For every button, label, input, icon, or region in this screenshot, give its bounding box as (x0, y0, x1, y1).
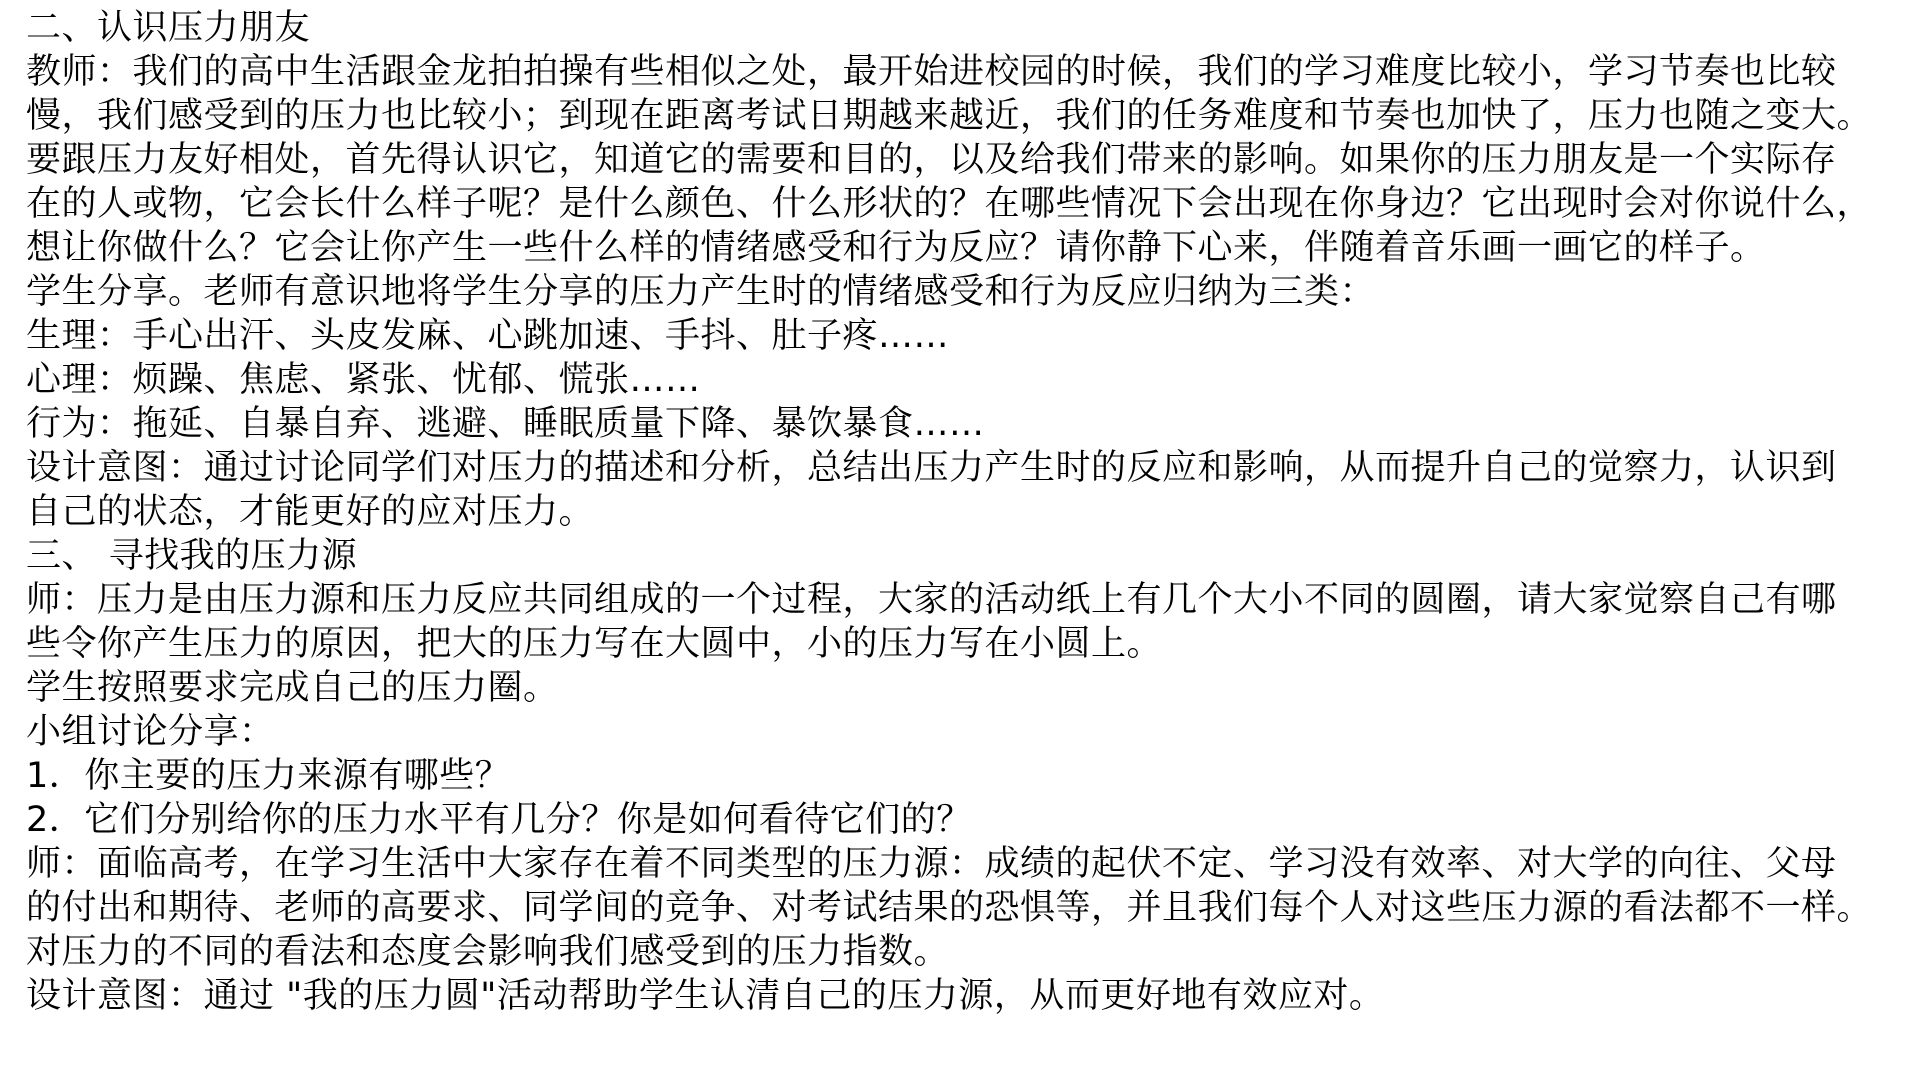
text-line: 师：面临高考，在学习生活中大家存在着不同类型的压力源：成绩的起伏不定、学习没有效… (26, 842, 1902, 886)
text-line: 在的人或物，它会长什么样子呢？是什么颜色、什么形状的？在哪些情况下会出现在你身边… (26, 182, 1902, 226)
text-line-behavioral: 行为：拖延、自暴自弃、逃避、睡眠质量下降、暴饮暴食…… (26, 402, 1902, 446)
text-line: 的付出和期待、老师的高要求、同学间的竞争、对考试结果的恐惧等，并且我们每个人对这… (26, 886, 1902, 930)
section-heading: 二、认识压力朋友 (26, 6, 1902, 50)
document-page: 二、认识压力朋友 教师：我们的高中生活跟金龙拍拍操有些相似之处，最开始进校园的时… (0, 0, 1920, 1080)
text-line: 自己的状态，才能更好的应对压力。 (26, 490, 1902, 534)
text-line: 小组讨论分享： (26, 710, 1902, 754)
text-line: 些令你产生压力的原因，把大的压力写在大圆中，小的压力写在小圆上。 (26, 622, 1902, 666)
text-line: 设计意图：通过讨论同学们对压力的描述和分析，总结出压力产生时的反应和影响，从而提… (26, 446, 1902, 490)
text-line-psychological: 心理：烦躁、焦虑、紧张、忧郁、慌张…… (26, 358, 1902, 402)
list-item-2: 2．它们分别给你的压力水平有几分？你是如何看待它们的？ (26, 798, 1902, 842)
text-line: 慢，我们感受到的压力也比较小；到现在距离考试日期越来越近，我们的任务难度和节奏也… (26, 94, 1902, 138)
text-line: 学生分享。老师有意识地将学生分享的压力产生时的情绪感受和行为反应归纳为三类： (26, 270, 1902, 314)
text-line-physiological: 生理：手心出汗、头皮发麻、心跳加速、手抖、肚子疼…… (26, 314, 1902, 358)
text-line: 对压力的不同的看法和态度会影响我们感受到的压力指数。 (26, 930, 1902, 974)
section-heading: 三、 寻找我的压力源 (26, 534, 1902, 578)
text-line: 学生按照要求完成自己的压力圈。 (26, 666, 1902, 710)
text-line: 教师：我们的高中生活跟金龙拍拍操有些相似之处，最开始进校园的时候，我们的学习难度… (26, 50, 1902, 94)
text-line: 设计意图：通过 "我的压力圆"活动帮助学生认清自己的压力源，从而更好地有效应对。 (26, 974, 1902, 1018)
list-item-1: 1．你主要的压力来源有哪些？ (26, 754, 1902, 798)
text-line: 想让你做什么？它会让你产生一些什么样的情绪感受和行为反应？请你静下心来，伴随着音… (26, 226, 1902, 270)
text-line: 师：压力是由压力源和压力反应共同组成的一个过程，大家的活动纸上有几个大小不同的圆… (26, 578, 1902, 622)
text-line: 要跟压力友好相处，首先得认识它，知道它的需要和目的，以及给我们带来的影响。如果你… (26, 138, 1902, 182)
